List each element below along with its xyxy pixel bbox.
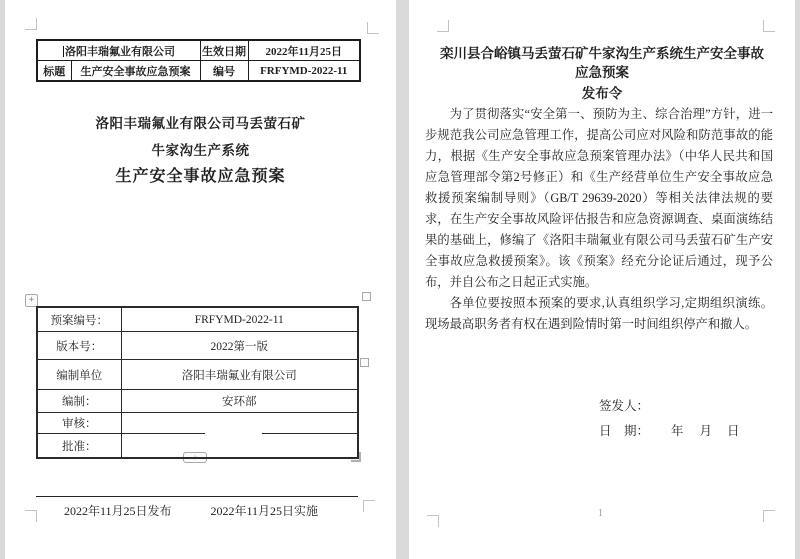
- table-resize-handle-right[interactable]: [360, 358, 369, 367]
- info-row-label[interactable]: 预案编号：: [37, 307, 121, 332]
- info-row-label[interactable]: 批准：: [37, 434, 121, 459]
- body-paragraph[interactable]: 各单位要按照本预案的要求,认真组织学习,定期组织演练。现场最高职务者有权在遇到险…: [425, 293, 773, 335]
- info-row-label[interactable]: 审核：: [37, 413, 121, 434]
- info-row-value[interactable]: 2022第一版: [121, 332, 358, 360]
- signer-label: 签发人：: [599, 399, 649, 413]
- crop-mark-icon: [363, 500, 375, 512]
- release-order-title-line1: 栾川县合峪镇马丢萤石矿牛家沟生产系统生产安全事故: [409, 44, 795, 63]
- implement-date[interactable]: 2022年11月25日实施: [210, 502, 318, 519]
- number-value[interactable]: FRFYMD-2022-11: [248, 61, 360, 82]
- info-row-value[interactable]: 安环部: [121, 390, 358, 413]
- info-row-label[interactable]: 编制单位: [37, 360, 121, 390]
- release-order-title-line2: 应急预案: [409, 63, 795, 82]
- month-label: 月: [700, 419, 713, 444]
- info-row-value[interactable]: FRFYMD-2022-11: [121, 307, 358, 332]
- release-order-subtitle[interactable]: 发布令: [409, 82, 795, 102]
- crop-mark-icon: [763, 510, 775, 522]
- date-label: 日 期：: [599, 424, 649, 438]
- info-row-label[interactable]: 编制：: [37, 390, 121, 413]
- cover-title-line2[interactable]: 牛家沟生产系统: [5, 139, 396, 159]
- effective-date-value[interactable]: 2022年11月25日: [248, 40, 360, 61]
- title-value[interactable]: 生产安全事故应急预案: [71, 61, 200, 82]
- cover-title-line3[interactable]: 生产安全事故应急预案: [5, 163, 396, 186]
- cover-header-table: 洛阳丰瑞氟业有限公司 生效日期 2022年11月25日 标题 生产安全事故应急预…: [36, 39, 361, 82]
- document-page-left: 洛阳丰瑞氟业有限公司 生效日期 2022年11月25日 标题 生产安全事故应急预…: [5, 0, 396, 559]
- cover-title-line1[interactable]: 洛阳丰瑞氟业有限公司马丢萤石矿: [5, 112, 396, 132]
- company-name-cell[interactable]: 洛阳丰瑞氟业有限公司: [37, 40, 200, 61]
- signature-block: 签发人： 日 期：年月日: [599, 394, 740, 444]
- crop-mark-icon: [437, 20, 449, 32]
- effective-date-label[interactable]: 生效日期: [200, 40, 248, 61]
- body-paragraph[interactable]: 为了贯彻落实“安全第一、预防为主、综合治理”方针，进一步规范我公司应急管理工作，…: [425, 104, 773, 293]
- plan-info-table: 预案编号： FRFYMD-2022-11 版本号： 2022第一版 编制单位 洛…: [36, 306, 359, 459]
- signature-line-gap: [205, 431, 262, 434]
- info-row-value[interactable]: 洛阳丰瑞氟业有限公司: [121, 360, 358, 390]
- date-row[interactable]: 日 期：年月日: [599, 419, 740, 444]
- crop-mark-icon: [25, 18, 37, 30]
- release-order-title[interactable]: 栾川县合峪镇马丢萤石矿牛家沟生产系统生产安全事故 应急预案: [409, 44, 795, 82]
- document-page-right: 栾川县合峪镇马丢萤石矿牛家沟生产系统生产安全事故 应急预案 发布令 为了贯彻落实…: [409, 0, 795, 559]
- publish-footer: 2022年11月25日发布 2022年11月25日实施: [36, 502, 358, 519]
- crop-mark-icon: [427, 515, 439, 527]
- company-name: 洛阳丰瑞氟业有限公司: [65, 46, 175, 58]
- number-label[interactable]: 编号: [200, 61, 248, 82]
- publish-date[interactable]: 2022年11月25日发布: [64, 502, 172, 519]
- info-row-value[interactable]: [121, 434, 358, 459]
- info-row-label[interactable]: 版本号：: [37, 332, 121, 360]
- crop-mark-icon: [367, 22, 379, 34]
- page-number: 1: [598, 508, 603, 519]
- day-label: 日: [727, 419, 740, 444]
- signer-row[interactable]: 签发人：: [599, 394, 740, 419]
- footer-rule: [36, 496, 358, 497]
- text-cursor: [63, 46, 65, 57]
- crop-mark-icon: [763, 20, 775, 32]
- table-resize-handle-top-right[interactable]: [362, 292, 371, 301]
- release-order-body: 为了贯彻落实“安全第一、预防为主、综合治理”方针，进一步规范我公司应急管理工作，…: [425, 104, 773, 335]
- title-label[interactable]: 标题: [37, 61, 71, 82]
- year-label: 年: [671, 419, 684, 444]
